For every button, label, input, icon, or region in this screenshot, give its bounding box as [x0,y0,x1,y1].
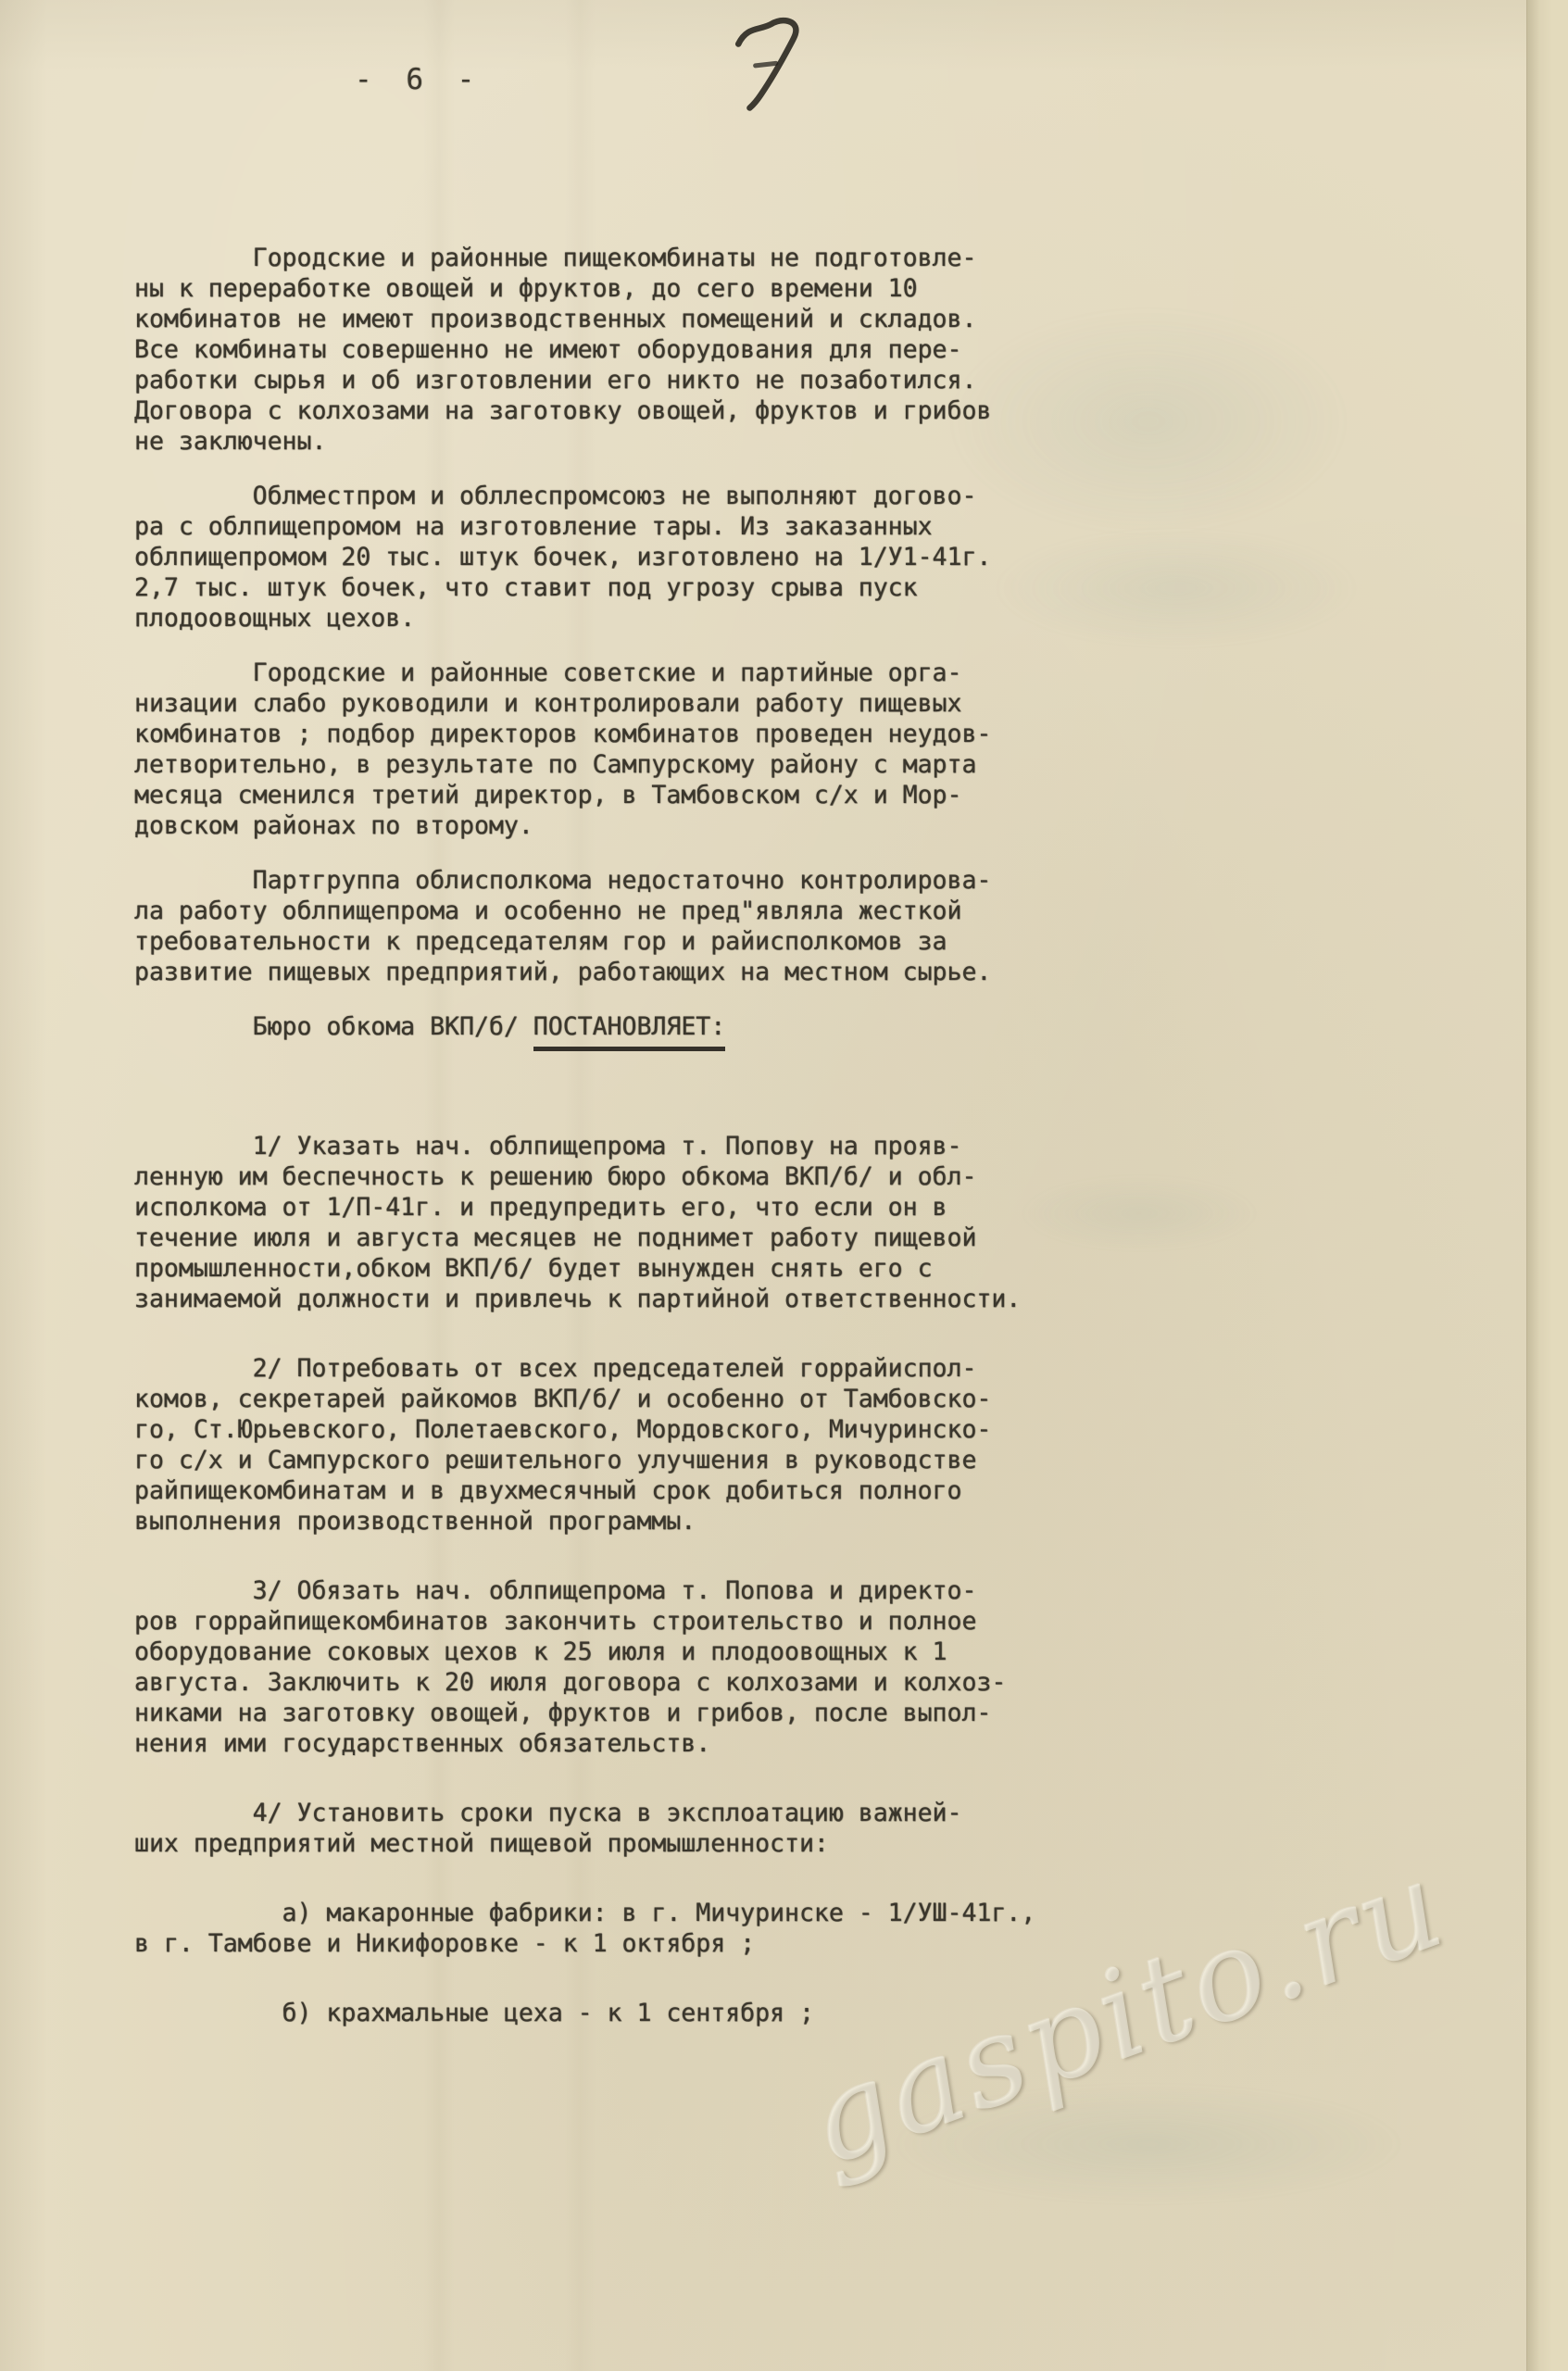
text-line: никами на заготовку овощей, фруктов и гр… [134,1698,1153,1728]
paragraph: Городские и районные советские и партийн… [134,658,1153,841]
resolution-heading: Бюро обкома ВКП/б/ ПОСТАНОВЛЯЕТ: [134,1011,1153,1042]
paragraph: 4/ Установить сроки пуска в эксплоатацию… [134,1798,1153,1859]
text-line: 1/ Указать нач. облпищепрома т. Попову н… [134,1131,1153,1161]
scanned-document-page: - 6 - Городские и районные пищекомбинаты… [0,0,1568,2371]
text-line: ла работу облпищепрома и особенно не пре… [134,896,1153,926]
text-line: го с/х и Сампурского решительного улучше… [134,1445,1153,1475]
text-line: райпищекомбинатам и в двухмесячный срок … [134,1475,1153,1506]
text-line: Городские и районные пищекомбинаты не по… [134,243,1153,273]
page-edge-strip [1526,0,1568,2371]
text-line: Все комбинаты совершенно не имеют оборуд… [134,334,1153,365]
text-line: 2/ Потребовать от всех председателей гор… [134,1353,1153,1384]
text-line: в г. Тамбове и Никифоровке - к 1 октября… [134,1928,1153,1959]
paragraph: Облместпром и обллеспромсоюз не выполняю… [134,481,1153,634]
ink-offset-smudge [889,2084,1408,2204]
text-line: ленную им беспечность к решению бюро обк… [134,1161,1153,1192]
text-line: промышленности,обком ВКП/б/ будет вынужд… [134,1253,1153,1284]
text-line: ны к переработке овощей и фруктов, до се… [134,273,1153,304]
paragraph: 1/ Указать нач. облпищепрома т. Попову н… [134,1131,1153,1314]
text-line: Договора с колхозами на заготовку овощей… [134,395,1153,426]
text-line: летворительно, в результате по Сампурско… [134,749,1153,780]
text-line: месяца сменился третий директор, в Тамбо… [134,780,1153,810]
text-line: ших предприятий местной пищевой промышле… [134,1828,1153,1859]
document-body-text: Городские и районные пищекомбинаты не по… [134,243,1153,2067]
text-line: оборудование соковых цехов к 25 июля и п… [134,1637,1153,1667]
paragraph: а) макаронные фабрики: в г. Мичуринске -… [134,1898,1153,1959]
text-line: комов, секретарей райкомов ВКП/б/ и особ… [134,1384,1153,1414]
paragraph: 2/ Потребовать от всех председателей гор… [134,1353,1153,1537]
text-line: развитие пищевых предприятий, работающих… [134,957,1153,987]
text-line: б) крахмальные цеха - к 1 сентября ; [134,1998,1153,2028]
text-line: го, Ст.Юрьевского, Полетаевского, Мордов… [134,1414,1153,1445]
text-line: нения ими государственных обязательств. [134,1728,1153,1759]
handwritten-seven-icon [724,6,817,116]
paragraph: б) крахмальные цеха - к 1 сентября ; [134,1998,1153,2028]
heading-underlined-text: ПОСТАНОВЛЯЕТ: [533,1012,725,1051]
text-line: требовательности к председателям гор и р… [134,926,1153,957]
text-line: ров горрайпищекомбинатов закончить строи… [134,1606,1153,1637]
text-line: 3/ Обязать нач. облпищепрома т. Попова и… [134,1575,1153,1606]
text-line: августа. Заключить к 20 июля договора с … [134,1667,1153,1698]
text-line: работки сырья и об изготовлении его никт… [134,365,1153,395]
text-line: плодоовощных цехов. [134,603,1153,634]
text-line: Партгруппа облисполкома недостаточно кон… [134,865,1153,896]
text-line: 2,7 тыс. штук бочек, что ставит под угро… [134,572,1153,603]
typed-page-number: - 6 - [355,63,483,96]
text-line: довском районах по второму. [134,810,1153,841]
handwritten-page-number [724,6,817,116]
heading-plain-text: Бюро обкома ВКП/б/ [134,1012,533,1041]
text-line: низации слабо руководили и контролировал… [134,688,1153,719]
text-line: исполкома от 1/П-41г. и предупредить его… [134,1192,1153,1223]
text-line: Облместпром и обллеспромсоюз не выполняю… [134,481,1153,511]
paragraph: 3/ Обязать нач. облпищепрома т. Попова и… [134,1575,1153,1759]
text-line: облпищепромом 20 тыс. штук бочек, изгото… [134,542,1153,572]
text-line: комбинатов ; подбор директоров комбинато… [134,719,1153,749]
text-line: течение июля и августа месяцев не подним… [134,1223,1153,1253]
text-line: выполнения производственной программы. [134,1506,1153,1537]
text-line: комбинатов не имеют производственных пом… [134,304,1153,334]
text-line: 4/ Установить сроки пуска в эксплоатацию… [134,1798,1153,1828]
text-line: не заключены. [134,426,1153,457]
text-line: а) макаронные фабрики: в г. Мичуринске -… [134,1898,1153,1928]
paragraph: Партгруппа облисполкома недостаточно кон… [134,865,1153,987]
text-line: ра с облпищепромом на изготовление тары.… [134,511,1153,542]
text-line: занимаемой должности и привлечь к партий… [134,1284,1153,1314]
paragraph: Городские и районные пищекомбинаты не по… [134,243,1153,457]
text-line: Городские и районные советские и партийн… [134,658,1153,688]
